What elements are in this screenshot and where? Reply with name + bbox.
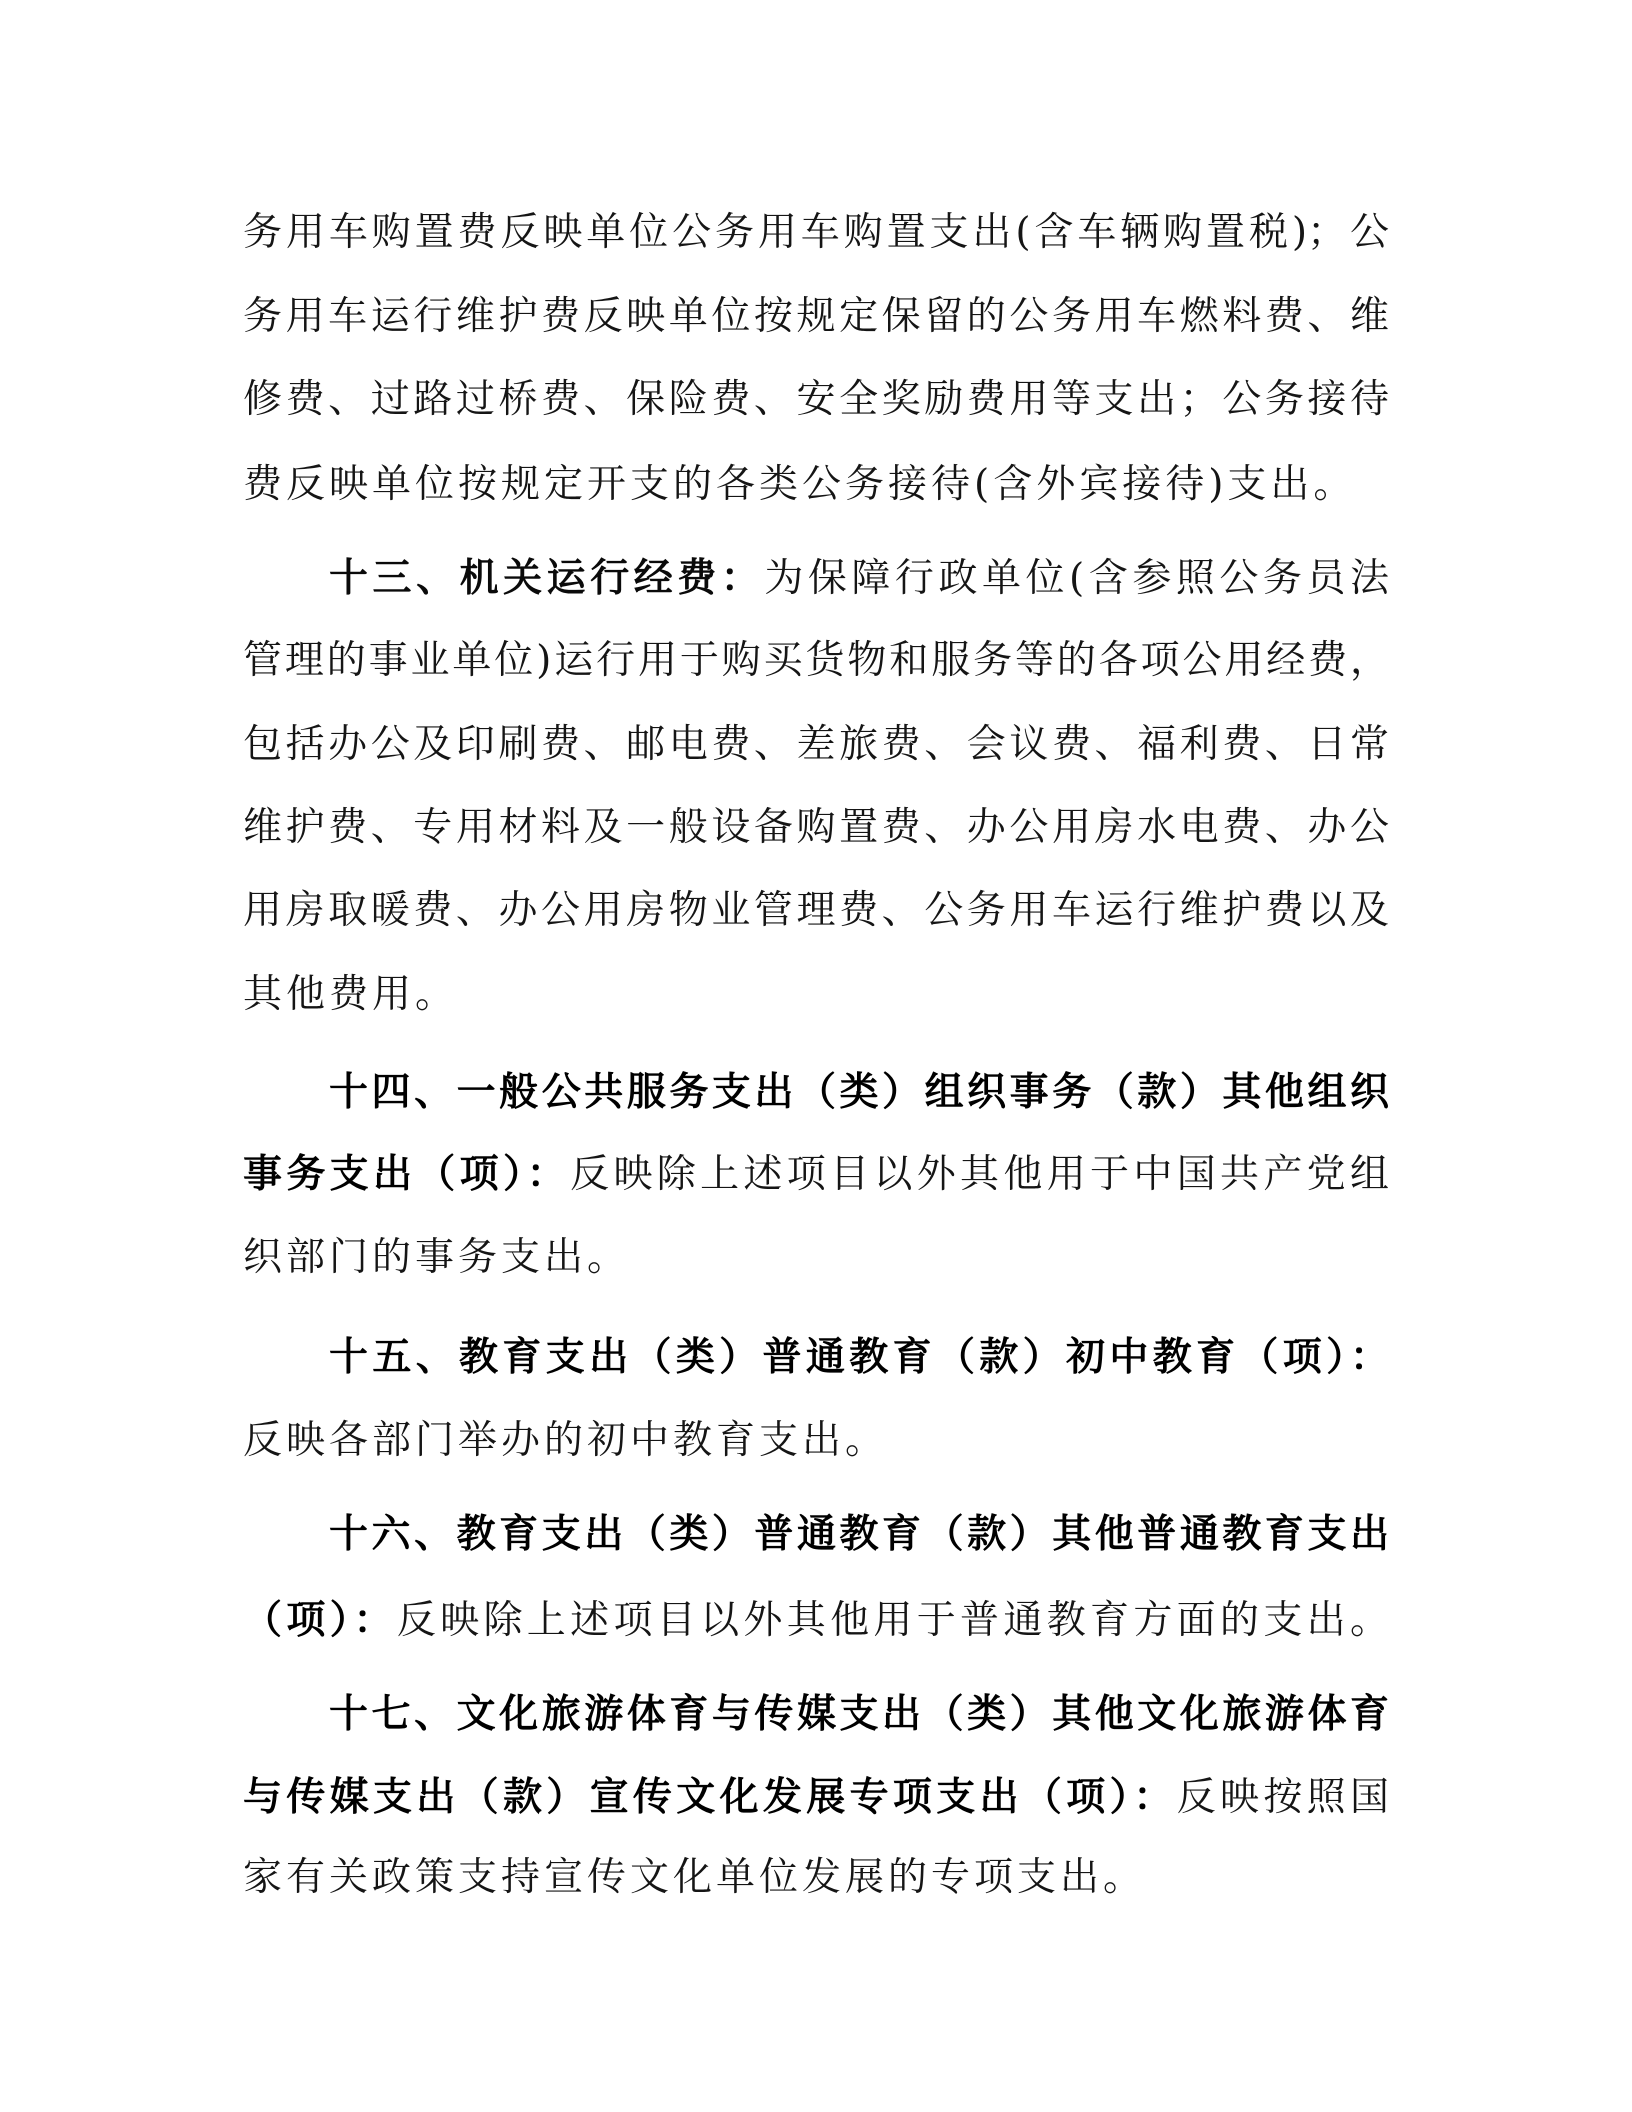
body-text: 维护费、专用材料及一般设备购置费、办公用房水电费、办公 (243, 805, 1389, 850)
body-text: 织部门的事务支出。 (243, 1235, 630, 1280)
section-heading: 十四、一般公共服务支出（类）组织事务（款）其他组织 (329, 1070, 1389, 1115)
text-line: 十六、教育支出（类）普通教育（款）其他普通教育支出 (329, 1511, 1389, 1559)
text-line: 务用车购置费反映单位公务用车购置支出(含车辆购置税)；公 (243, 209, 1389, 257)
text-line: 十五、教育支出（类）普通教育（款）初中教育（项）： (329, 1334, 1389, 1382)
text-line: 管理的事业单位)运行用于购买货物和服务等的各项公用经费， (243, 637, 1389, 685)
text-line: 用房取暖费、办公用房物业管理费、公务用车运行维护费以及 (243, 887, 1389, 935)
text-line: 织部门的事务支出。 (243, 1234, 1389, 1282)
text-line: 十三、机关运行经费：为保障行政单位(含参照公务员法 (329, 554, 1389, 602)
text-line: 其他费用。 (243, 971, 1389, 1019)
section-heading: 事务支出（项）： (243, 1152, 570, 1197)
body-text: 修费、过路过桥费、保险费、安全奖励费用等支出；公务接待 (243, 377, 1389, 422)
body-text: 家有关政策支持宣传文化单位发展的专项支出。 (243, 1855, 1146, 1900)
text-line: （项）：反映除上述项目以外其他用于普通教育方面的支出。 (243, 1597, 1389, 1645)
body-text: 用房取暖费、办公用房物业管理费、公务用车运行维护费以及 (243, 888, 1389, 933)
text-line: 维护费、专用材料及一般设备购置费、办公用房水电费、办公 (243, 804, 1389, 852)
text-line: 家有关政策支持宣传文化单位发展的专项支出。 (243, 1854, 1389, 1902)
text-line: 十四、一般公共服务支出（类）组织事务（款）其他组织 (329, 1069, 1389, 1117)
text-line: 务用车运行维护费反映单位按规定保留的公务用车燃料费、维 (243, 293, 1389, 341)
text-line: 修费、过路过桥费、保险费、安全奖励费用等支出；公务接待 (243, 376, 1389, 424)
body-text: 费反映单位按规定开支的各类公务接待(含外宾接待)支出。 (243, 462, 1356, 507)
body-text: 为保障行政单位(含参照公务员法 (764, 556, 1389, 601)
text-line: 包括办公及印刷费、邮电费、差旅费、会议费、福利费、日常 (243, 721, 1389, 769)
body-text: 反映除上述项目以外其他用于普通教育方面的支出。 (397, 1598, 1389, 1643)
body-text: 包括办公及印刷费、邮电费、差旅费、会议费、福利费、日常 (243, 722, 1389, 767)
body-text: 反映按照国 (1177, 1775, 1389, 1820)
section-heading: 十六、教育支出（类）普通教育（款）其他普通教育支出 (329, 1512, 1389, 1557)
body-text: 反映除上述项目以外其他用于中国共产党组 (570, 1152, 1389, 1197)
section-heading: 十五、教育支出（类）普通教育（款）初中教育（项）： (329, 1335, 1389, 1380)
section-heading: 十七、文化旅游体育与传媒支出（类）其他文化旅游体育 (329, 1692, 1389, 1737)
body-text: 其他费用。 (243, 972, 458, 1017)
body-text: 管理的事业单位)运行用于购买货物和服务等的各项公用经费， (243, 638, 1389, 683)
text-line: 反映各部门举办的初中教育支出。 (243, 1417, 1389, 1465)
body-text: 反映各部门举办的初中教育支出。 (243, 1418, 888, 1463)
text-line: 十七、文化旅游体育与传媒支出（类）其他文化旅游体育 (329, 1691, 1389, 1739)
text-line: 费反映单位按规定开支的各类公务接待(含外宾接待)支出。 (243, 461, 1389, 509)
document-page: 务用车购置费反映单位公务用车购置支出(含车辆购置税)；公务用车运行维护费反映单位… (0, 0, 1632, 2112)
body-text: 务用车运行维护费反映单位按规定保留的公务用车燃料费、维 (243, 294, 1389, 339)
section-heading: （项）： (243, 1598, 397, 1643)
body-text: 务用车购置费反映单位公务用车购置支出(含车辆购置税)；公 (243, 210, 1389, 255)
text-line: 与传媒支出（款）宣传文化发展专项支出（项）：反映按照国 (243, 1774, 1389, 1822)
section-heading: 与传媒支出（款）宣传文化发展专项支出（项）： (243, 1775, 1177, 1820)
section-heading: 十三、机关运行经费： (329, 555, 764, 601)
text-line: 事务支出（项）：反映除上述项目以外其他用于中国共产党组 (243, 1151, 1389, 1199)
